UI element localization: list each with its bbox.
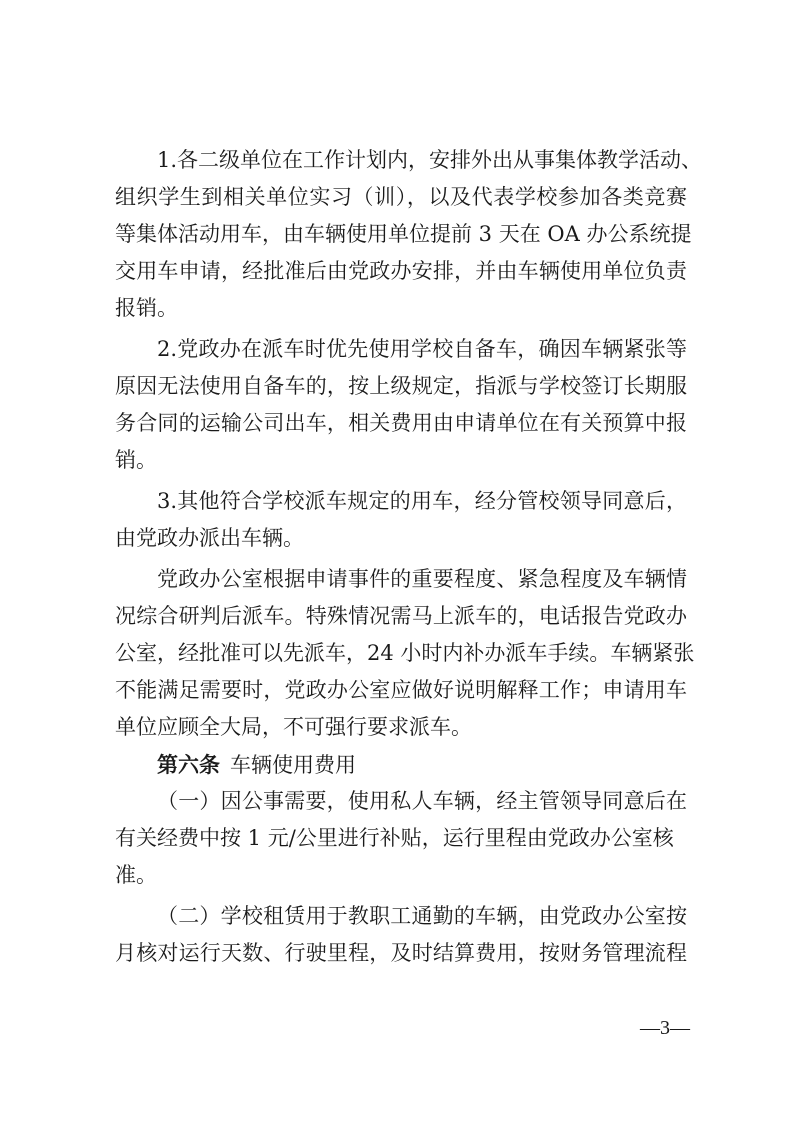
page-number: —3— (640, 1017, 690, 1040)
paragraph-line: 交用车申请，经批准后由党政办安排，并由车辆使用单位负责 (115, 253, 687, 290)
paragraph-line: 有关经费中按 1 元/公里进行补贴，运行里程由党政办公室核 (115, 820, 687, 857)
paragraph-line: 况综合研判后派车。特殊情况需马上派车的，电话报告党政办 (115, 598, 687, 635)
paragraph-line: 月核对运行天数、行驶里程，及时结算费用，按财务管理流程 (115, 935, 687, 972)
paragraph-line: 党政办公室根据申请事件的重要程度、紧急程度及车辆情 (157, 561, 687, 598)
paragraph-line: 公室，经批准可以先派车，24 小时内补办派车手续。车辆紧张 (115, 635, 687, 672)
paragraph-line: 由党政办派出车辆。 (115, 520, 687, 557)
paragraph-line: 销。 (115, 442, 687, 479)
paragraph-line: （二）学校租赁用于教职工通勤的车辆，由党政办公室按 (157, 898, 687, 935)
document-page: 1.各二级单位在工作计划内，安排外出从事集体教学活动、 组织学生到相关单位实习（… (0, 0, 794, 1122)
article-heading: 第六条车辆使用费用 (157, 746, 687, 783)
article-label: 第六条 (157, 752, 220, 777)
paragraph-line: 原因无法使用自备车的，按上级规定，指派与学校签订长期服 (115, 368, 687, 405)
paragraph-line: 等集体活动用车，由车辆使用单位提前 3 天在 OA 办公系统提 (115, 216, 687, 253)
paragraph-line: 组织学生到相关单位实习（训），以及代表学校参加各类竞赛 (115, 179, 687, 216)
paragraph-line: 3.其他符合学校派车规定的用车，经分管校领导同意后， (157, 483, 687, 520)
paragraph-line: （一）因公事需要，使用私人车辆，经主管领导同意后在 (157, 783, 687, 820)
article-title: 车辆使用费用 (230, 753, 356, 777)
paragraph-line: 准。 (115, 857, 687, 894)
paragraph-line: 1.各二级单位在工作计划内，安排外出从事集体教学活动、 (157, 142, 687, 179)
paragraph-line: 务合同的运输公司出车，相关费用由申请单位在有关预算中报 (115, 405, 687, 442)
paragraph-line: 2.党政办在派车时优先使用学校自备车，确因车辆紧张等 (157, 331, 687, 368)
paragraph-line: 报销。 (115, 290, 687, 327)
paragraph-line: 不能满足需要时，党政办公室应做好说明解释工作；申请用车 (115, 672, 687, 709)
paragraph-line: 单位应顾全大局，不可强行要求派车。 (115, 709, 687, 746)
